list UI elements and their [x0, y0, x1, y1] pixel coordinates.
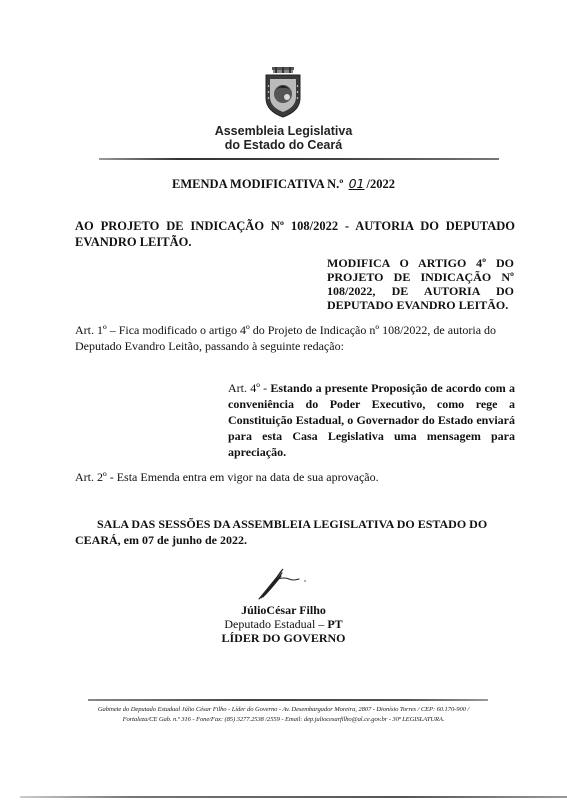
- sumula-line: MODIFICA O ARTIGO 4º DO: [327, 256, 514, 270]
- signer-name: JúlioCésar Filho: [0, 603, 567, 618]
- title-year: /2022: [366, 177, 394, 191]
- closing-statement: SALA DAS SESSÕES DA ASSEMBLEIA LEGISLATI…: [75, 516, 520, 548]
- article-4-label: Art. 4º -: [228, 381, 270, 395]
- article-1: Art. 1º – Fica modificado o artigo 4º do…: [75, 322, 515, 354]
- signer-position: LÍDER DO GOVERNO: [0, 631, 567, 646]
- title-prefix: EMENDA MODIFICATIVA N.º: [172, 177, 343, 191]
- sumula-line: 108/2022, DE AUTORIA DO: [327, 284, 514, 298]
- sumula-line: PROJETO DE INDICAÇÃO Nº: [327, 270, 514, 284]
- page-bottom-edge: [20, 796, 567, 798]
- institution-name-line2: do Estado do Ceará: [0, 138, 567, 152]
- footer-line2: Fortaleza/CE Gab. n.º 316 - Fone/Fax: (8…: [0, 716, 567, 723]
- signer-role: Deputado Estadual – PT: [0, 617, 567, 632]
- article-4-new-text: Art. 4º - Estando a presente Proposição …: [228, 380, 515, 460]
- signer-party: PT: [327, 617, 342, 631]
- footer-line1: Gabinete do Deputado Estadual Júlio Césa…: [0, 706, 567, 713]
- document-title: EMENDA MODIFICATIVA N.º 01/2022: [0, 176, 567, 192]
- sumula-line: DEPUTADO EVANDRO LEITÃO.: [327, 298, 514, 312]
- institution-name-line1: Assembleia Legislativa: [0, 124, 567, 138]
- ceara-coat-of-arms-icon: [263, 66, 303, 118]
- article-2: Art. 2º - Esta Emenda entra em vigor na …: [75, 470, 515, 485]
- signer-role-text: Deputado Estadual –: [224, 617, 327, 631]
- footer-divider: [88, 699, 488, 701]
- sumula: MODIFICA O ARTIGO 4º DO PROJETO DE INDIC…: [327, 256, 514, 312]
- amendment-number: 01: [347, 176, 367, 191]
- article-4-body: Estando a presente Proposição de acordo …: [228, 381, 515, 459]
- ementa: AO PROJETO DE INDICAÇÃO Nº 108/2022 - AU…: [75, 218, 515, 250]
- header-divider: [99, 158, 499, 160]
- handwritten-signature-icon: [255, 565, 315, 603]
